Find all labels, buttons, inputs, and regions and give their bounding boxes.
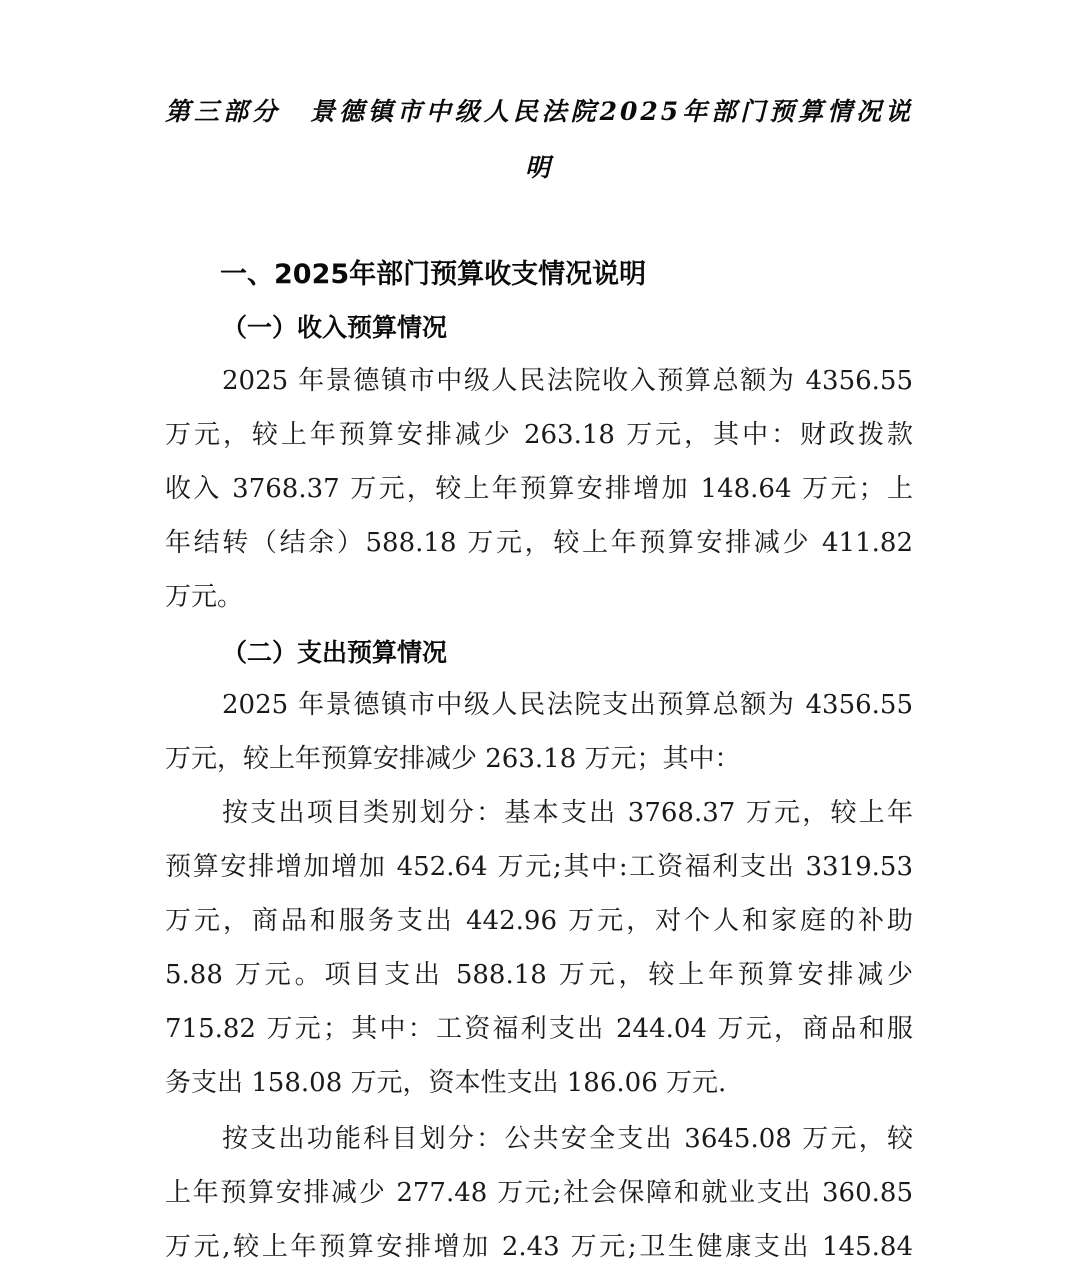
income-paragraph-line: 2025 年景德镇市中级人民法院收入预算总额为 4356.55: [222, 363, 913, 399]
income-paragraph-line: 万元，较上年预算安排减少 263.18 万元，其中：财政拨款: [165, 417, 913, 453]
expenditure-paragraph-line: 2025 年景德镇市中级人民法院支出预算总额为 4356.55: [222, 687, 913, 723]
expenditure-paragraph-line: 万元，较上年预算安排减少 263.18 万元；其中：: [165, 741, 913, 777]
category-paragraph-line: 务支出 158.08 万元，资本性支出 186.06 万元.: [165, 1065, 913, 1101]
category-paragraph-line: 万元，商品和服务支出 442.96 万元，对个人和家庭的补助: [165, 903, 913, 939]
function-paragraph-line: 按支出功能科目划分：公共安全支出 3645.08 万元，较: [222, 1121, 913, 1157]
income-paragraph-line: 年结转（结余）588.18 万元，较上年预算安排减少 411.82: [165, 525, 913, 561]
function-paragraph-line: 万元,较上年预算安排增加 2.43 万元;卫生健康支出 145.84: [165, 1229, 913, 1265]
category-paragraph-line: 5.88 万元。项目支出 588.18 万元，较上年预算安排减少: [165, 957, 913, 993]
category-paragraph-line: 按支出项目类别划分：基本支出 3768.37 万元，较上年: [222, 795, 913, 831]
expenditure-subheading: （二）支出预算情况: [222, 633, 447, 669]
document-title-continuation: 明: [165, 148, 913, 184]
income-paragraph-line: 万元。: [165, 579, 913, 615]
document-page: 第三部分 景德镇市中级人民法院2025年部门预算情况说 明 一、2025年部门预…: [0, 0, 1074, 1269]
category-paragraph-line: 预算安排增加增加 452.64 万元;其中:工资福利支出 3319.53: [165, 849, 913, 885]
income-subheading: （一）收入预算情况: [222, 308, 447, 344]
function-paragraph-line: 上年预算安排减少 277.48 万元;社会保障和就业支出 360.85: [165, 1175, 913, 1211]
document-title: 第三部分 景德镇市中级人民法院2025年部门预算情况说: [165, 92, 913, 128]
section-heading: 一、2025年部门预算收支情况说明: [220, 252, 646, 291]
income-paragraph-line: 收入 3768.37 万元，较上年预算安排增加 148.64 万元；上: [165, 471, 913, 507]
category-paragraph-line: 715.82 万元；其中：工资福利支出 244.04 万元，商品和服: [165, 1011, 913, 1047]
